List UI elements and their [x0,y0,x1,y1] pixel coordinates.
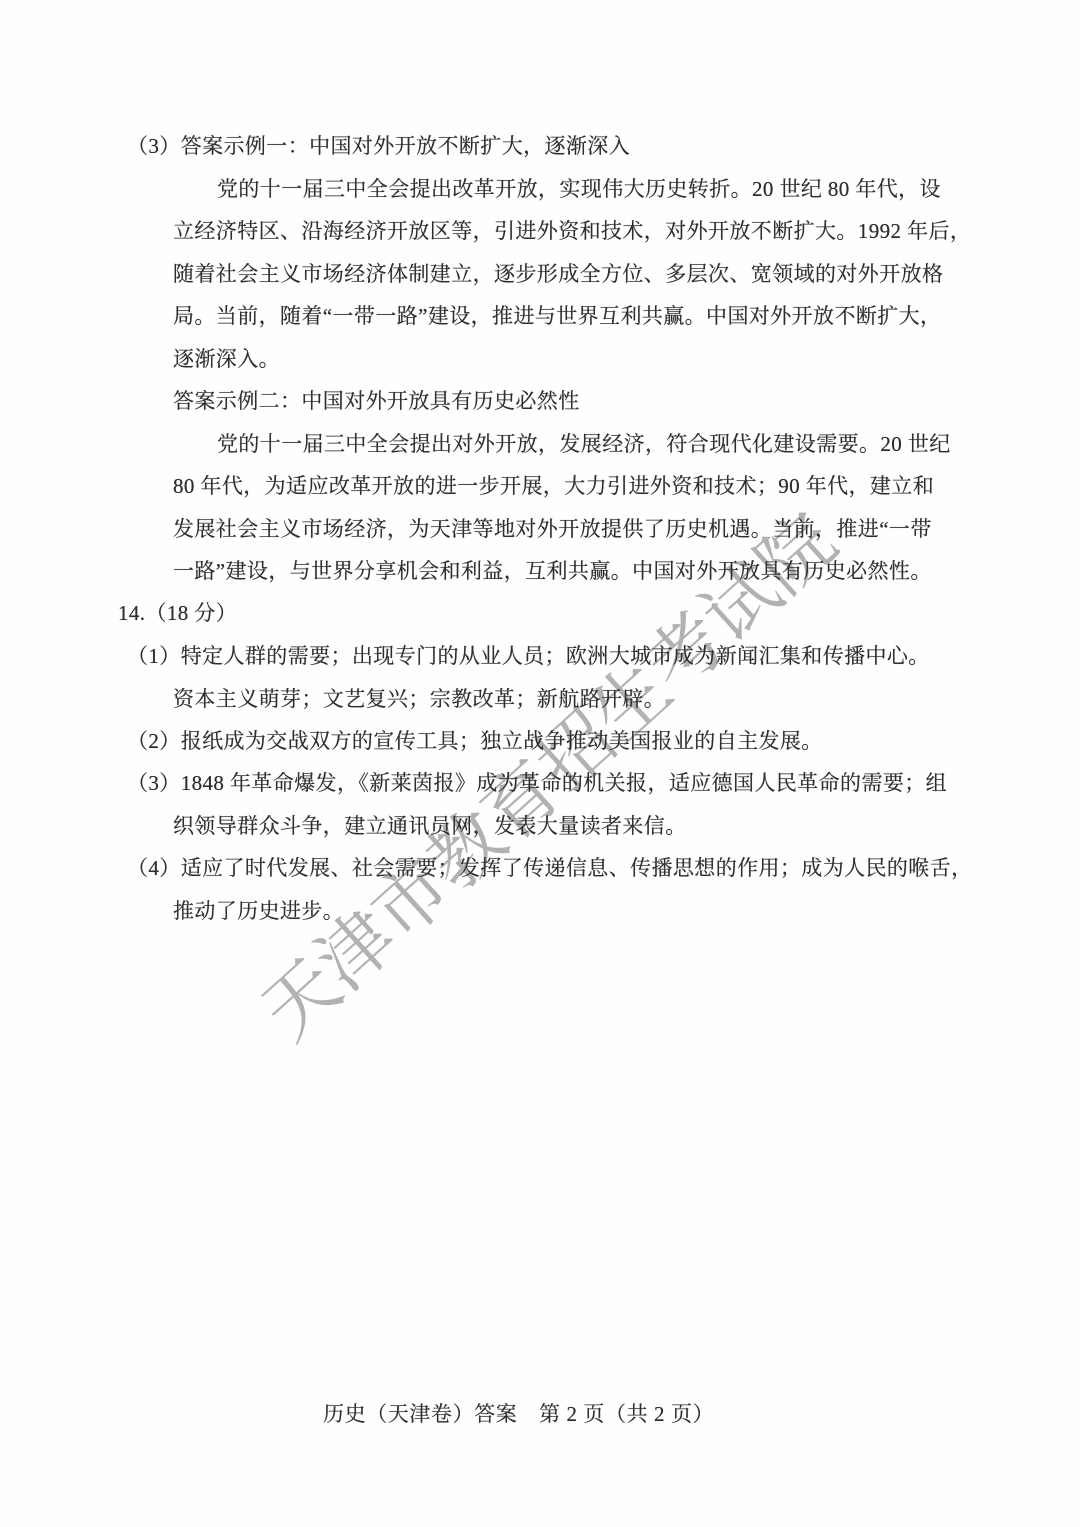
answer-line: 答案示例二：中国对外开放具有历史必然性 [173,388,580,414]
answer-line: 80 年代，为适应改革开放的进一步开展，大力引进外资和技术；90 年代，建立和 [173,473,934,499]
scanned-answer-page: 天津市教育招生考试院 （3）答案示例一：中国对外开放不断扩大，逐渐深入 党的十一… [0,0,1080,1527]
answer-line: 发展社会主义市场经济，为天津等地对外开放提供了历史机遇。当前，推进“一带 [173,516,932,542]
answer-content: （3）答案示例一：中国对外开放不断扩大，逐渐深入 党的十一届三中全会提出改革开放… [0,0,1080,1527]
page-footer: 历史（天津卷）答案 第 2 页（共 2 页） [323,1398,714,1428]
answer-line: 织领导群众斗争，建立通讯员网，发表大量读者来信。 [173,813,687,839]
answer-line: 党的十一届三中全会提出对外开放，发展经济，符合现代化建设需要。20 世纪 [217,431,951,457]
answer-line: 推动了历史进步。 [173,898,344,924]
answer-line: （1）特定人群的需要；出现专门的从业人员；欧洲大城市成为新闻汇集和传播中心。 [127,643,930,669]
answer-line: 立经济特区、沿海经济开放区等，引进外资和技术，对外开放不断扩大。1992 年后， [173,218,971,244]
answer-line: （2）报纸成为交战双方的宣传工具；独立战争推动美国报业的自主发展。 [127,728,823,754]
answer-line: 资本主义萌芽；文艺复兴；宗教改革；新航路开辟。 [173,686,665,712]
answer-line: 逐渐深入。 [173,346,280,372]
answer-line: 党的十一届三中全会提出改革开放，实现伟大历史转折。20 世纪 80 年代，设 [217,176,941,202]
answer-line: 一路”建设，与世界分享机会和利益，互利共赢。中国对外开放具有历史必然性。 [173,558,932,584]
answer-line: 局。当前，随着“一带一路”建设，推进与世界互利共赢。中国对外开放不断扩大， [173,303,941,329]
answer-line: （4）适应了时代发展、社会需要；发挥了传递信息、传播思想的作用；成为人民的喉舌， [127,855,973,881]
answer-line: 随着社会主义市场经济体制建立，逐步形成全方位、多层次、宽领域的对外开放格 [173,261,943,287]
answer-line: （3）答案示例一：中国对外开放不断扩大，逐渐深入 [127,133,630,159]
answer-line: （3）1848 年革命爆发，《新莱茵报》成为革命的机关报，适应德国人民革命的需要… [127,770,947,796]
question-number-heading: 14.（18 分） [118,600,237,626]
